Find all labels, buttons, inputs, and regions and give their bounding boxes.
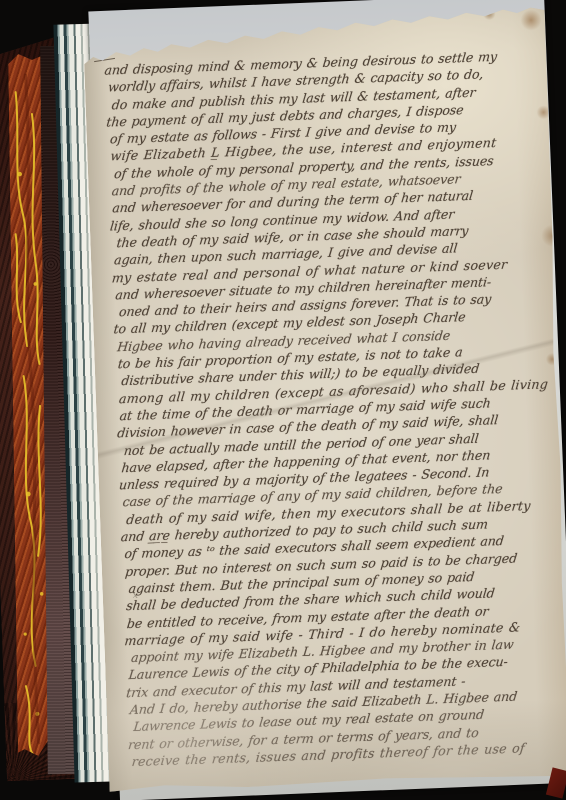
photographed-book-scene: 24 x and disposing mind & memory & being… bbox=[0, 0, 566, 800]
manuscript-page: 24 x and disposing mind & memory & being… bbox=[83, 4, 566, 792]
manuscript-text: and disposing mind & memory & being desi… bbox=[106, 47, 556, 771]
